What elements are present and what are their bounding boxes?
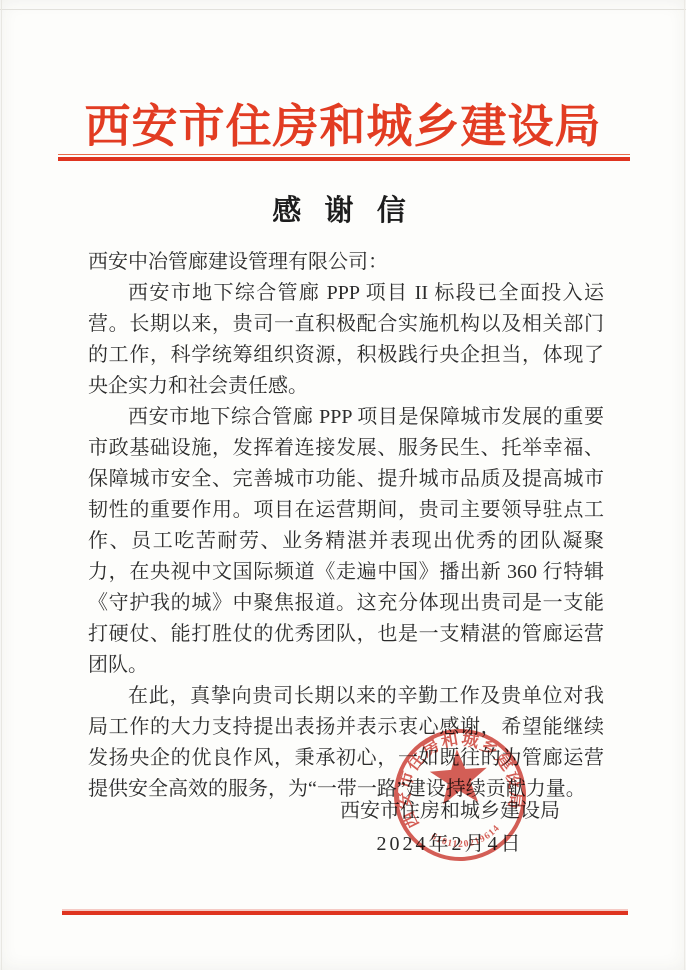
letter-title: 感 谢 信	[0, 188, 686, 229]
scanned-letter-page: 西安市住房和城乡建设局 感 谢 信 西安中冶管廊建设管理有限公司： 西安市地下综…	[0, 0, 686, 970]
letterhead-title: 西安市住房和城乡建设局	[0, 90, 686, 156]
footer-divider	[62, 911, 628, 915]
star-icon	[428, 747, 489, 805]
letterhead-divider	[58, 154, 630, 162]
salutation: 西安中冶管廊建设管理有限公司：	[88, 247, 604, 278]
scan-edge-top	[0, 9, 686, 10]
seal-code-container: 6101120219614	[428, 823, 503, 852]
letter-body: 西安中冶管廊建设管理有限公司： 西安市地下综合管廊 PPP 项目 II 标段已全…	[88, 247, 604, 805]
seal-code-text: 6101120219614	[428, 823, 503, 852]
paragraph-1: 西安市地下综合管廊 PPP 项目 II 标段已全面投入运营。长期以来，贵司一直积…	[88, 278, 604, 402]
official-seal: 西安市住房和城乡建设局 6101120219614	[385, 720, 534, 869]
paragraph-2: 西安市地下综合管廊 PPP 项目是保障城市发展的重要市政基础设施，发挥着连接发展…	[88, 402, 604, 681]
